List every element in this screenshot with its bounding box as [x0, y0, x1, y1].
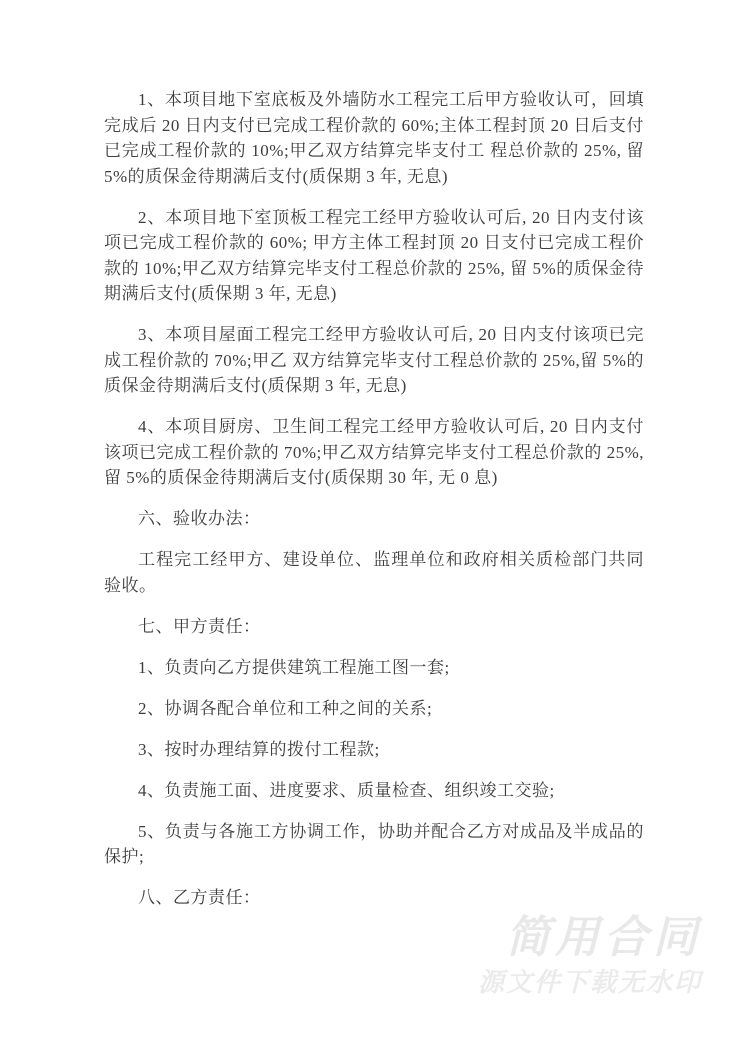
party-a-duty-3: 3、按时办理结算的拨付工程款;: [104, 737, 644, 763]
party-a-duty-5: 5、负责与各施工方协调工作，协助并配合乙方对成品及半成品的保护;: [104, 819, 644, 870]
section-6-heading: 六、验收办法：: [104, 506, 644, 532]
payment-clause-4: 4、本项目厨房、卫生间工程完工经甲方验收认可后, 20 日内支付该项已完成工程价…: [104, 414, 644, 491]
contract-page: 1、本项目地下室底板及外墙防水工程完工后甲方验收认可，回填完成后 20 日内支付…: [0, 0, 742, 1049]
payment-clause-2: 2、本项目地下室顶板工程完工经甲方验收认可后, 20 日内支付该项已完成工程价款…: [104, 205, 644, 307]
contract-document-body: 1、本项目地下室底板及外墙防水工程完工后甲方验收认可，回填完成后 20 日内支付…: [104, 87, 644, 911]
watermark: 简用合同 源文件下载无水印: [478, 916, 702, 995]
section-8-heading: 八、乙方责任：: [104, 885, 644, 911]
watermark-subtitle: 源文件下载无水印: [478, 969, 702, 995]
payment-clause-3: 3、本项目屋面工程完工经甲方验收认可后, 20 日内支付该项已完成工程价款的 7…: [104, 322, 644, 399]
watermark-title: 简用合同: [478, 916, 702, 960]
party-a-duty-1: 1、负责向乙方提供建筑工程施工图一套;: [104, 655, 644, 681]
party-a-duty-2: 2、协调各配合单位和工种之间的关系;: [104, 696, 644, 722]
section-6-body: 工程完工经甲方、建设单位、监理单位和政府相关质检部门共同验收。: [104, 547, 644, 598]
payment-clause-1: 1、本项目地下室底板及外墙防水工程完工后甲方验收认可，回填完成后 20 日内支付…: [104, 87, 644, 189]
section-7-heading: 七、甲方责任：: [104, 614, 644, 640]
party-a-duty-4: 4、负责施工面、进度要求、质量检查、组织竣工交验;: [104, 778, 644, 804]
